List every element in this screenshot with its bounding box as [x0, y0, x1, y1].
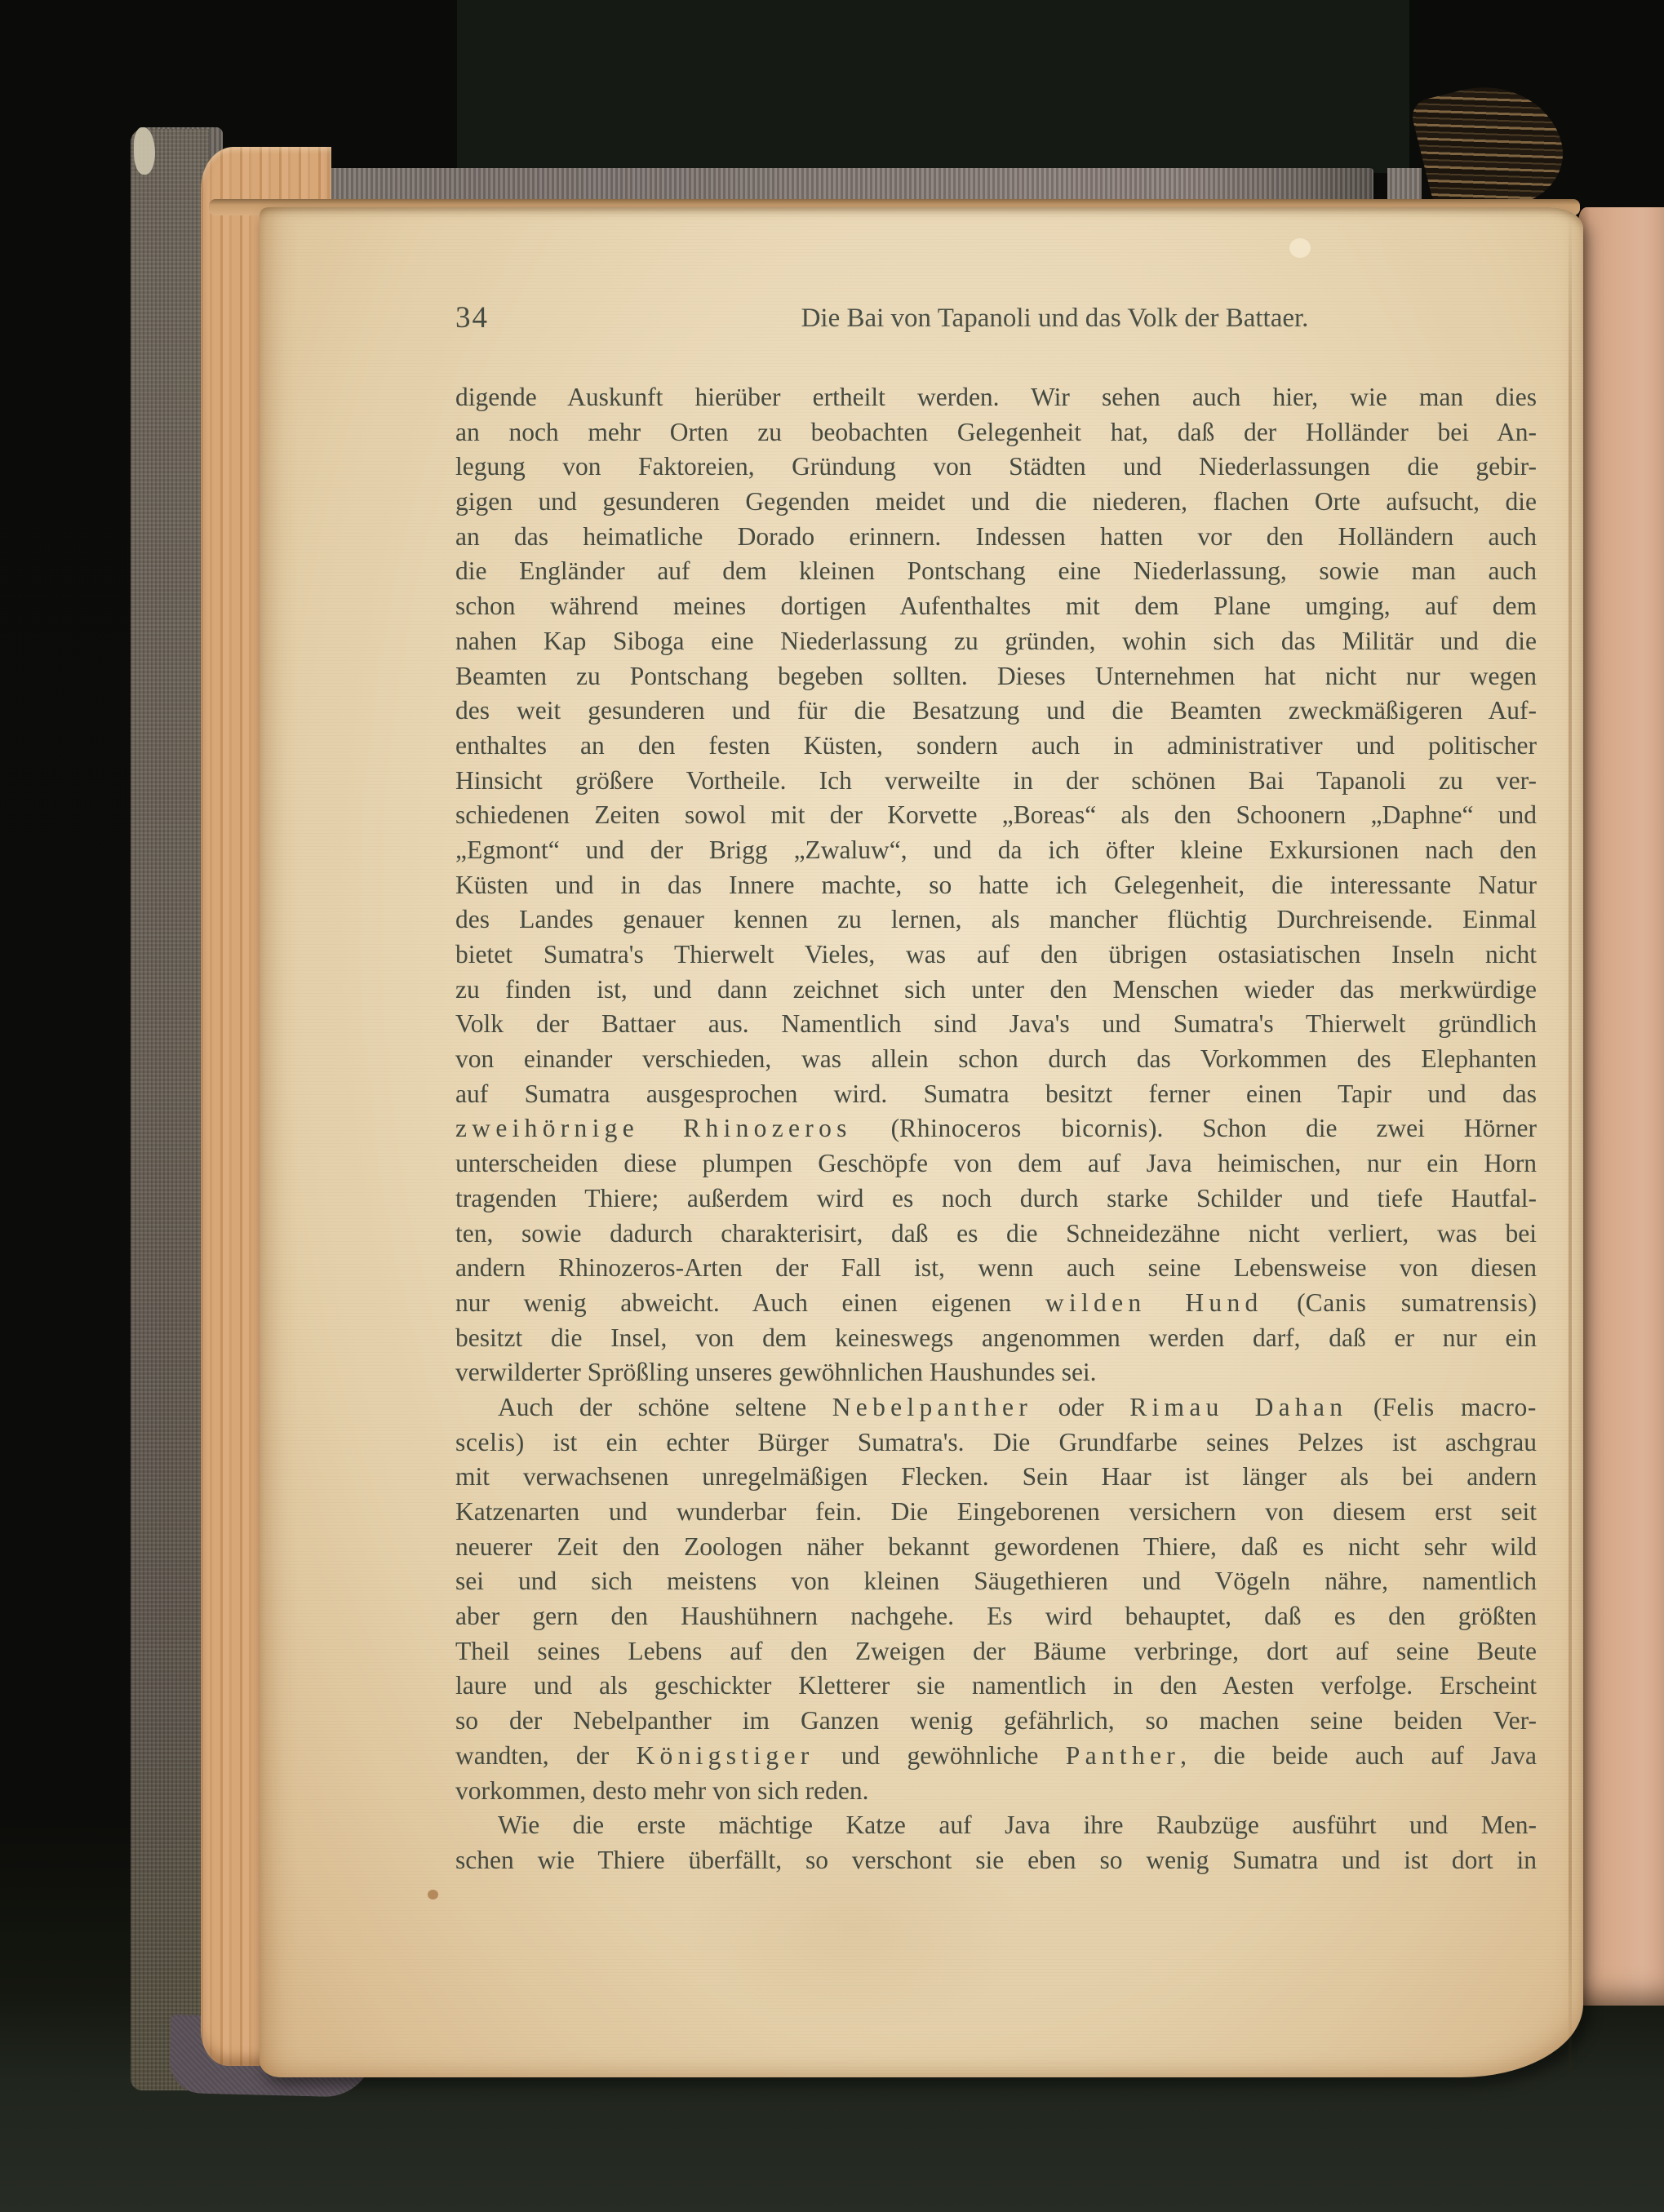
text-line: bietet Sumatra's Thierwelt Vieles, was a…: [455, 938, 1537, 973]
text-line: nahen Kap Siboga eine Niederlassung zu g…: [455, 624, 1537, 659]
text-line: zu finden ist, und dann zeichnet sich un…: [455, 973, 1537, 1008]
book-page: 34 Die Bai von Tapanoli und das Volk der…: [260, 207, 1583, 2077]
raised-cover-board: [457, 0, 1416, 173]
text-line: Theil seines Lebens auf den Zweigen der …: [455, 1634, 1537, 1669]
text-line: verwilderter Sprößling unseres gewöhnlic…: [455, 1355, 1537, 1390]
text-line: scelis) ist ein echter Bürger Sumatra's.…: [455, 1425, 1537, 1461]
text-line: an noch mehr Orten zu beobachten Gelegen…: [455, 415, 1537, 450]
text-line: Küsten und in das Innere machte, so hatt…: [455, 868, 1537, 903]
text-line: andern Rhinozeros-Arten der Fall ist, we…: [455, 1251, 1537, 1286]
paper-stain: [428, 1890, 438, 1899]
text-line: tragenden Thiere; außerdem wird es noch …: [455, 1181, 1537, 1217]
text-line: schen wie Thiere überfällt, so verschont…: [455, 1843, 1537, 1878]
running-title: Die Bai von Tapanoli und das Volk der Ba…: [801, 304, 1309, 334]
text-line: schiedenen Zeiten sowol mit der Korvette…: [455, 798, 1537, 833]
photo-backdrop: 34 Die Bai von Tapanoli und das Volk der…: [0, 0, 1664, 2212]
page-number: 34: [455, 300, 489, 335]
text-line: Katzenarten und wunderbar fein. Die Eing…: [455, 1495, 1537, 1530]
text-line: die Engländer auf dem kleinen Pontschang…: [455, 554, 1537, 589]
text-line: „Egmont“ und der Brigg „Zwaluw“, und da …: [455, 833, 1537, 868]
text-line: des Landes genauer kennen zu lernen, als…: [455, 902, 1537, 938]
text-line: so der Nebelpanther im Ganzen wenig gefä…: [455, 1704, 1537, 1739]
body-text: digende Auskunft hierüber ertheilt werde…: [455, 380, 1537, 1878]
text-line: an das heimatliche Dorado erinnern. Inde…: [455, 520, 1537, 555]
page-crease: [1569, 207, 1572, 2077]
under-page-right-edge: [1578, 207, 1664, 2006]
text-line: besitzt die Insel, von dem keineswegs an…: [455, 1321, 1537, 1356]
text-line: digende Auskunft hierüber ertheilt werde…: [455, 380, 1537, 415]
text-line: Beamten zu Pontschang begeben sollten. D…: [455, 659, 1537, 694]
text-line: Volk der Battaer aus. Namentlich sind Ja…: [455, 1007, 1537, 1042]
text-line: unterscheiden diese plumpen Geschöpfe vo…: [455, 1146, 1537, 1181]
text-line: Auch der schöne seltene Nebelpanther ode…: [455, 1390, 1537, 1425]
text-line: Wie die erste mächtige Katze auf Java ih…: [455, 1808, 1537, 1843]
book-cover-left-edge: [131, 129, 209, 2090]
text-line: mit verwachsenen unregelmäßigen Flecken.…: [455, 1460, 1537, 1495]
text-line: wandten, der Königstiger und gewöhnliche…: [455, 1739, 1537, 1774]
text-line: ten, sowie dadurch charakterisirt, daß e…: [455, 1217, 1537, 1252]
text-line: sei und sich meistens von kleinen Säuget…: [455, 1564, 1537, 1599]
text-line: vorkommen, desto mehr von sich reden.: [455, 1774, 1537, 1809]
paper-stain: [1289, 238, 1311, 258]
text-line: legung von Faktoreien, Gründung von Städ…: [455, 450, 1537, 485]
text-line: neuerer Zeit den Zoologen näher bekannt …: [455, 1530, 1537, 1565]
text-line: gigen und gesunderen Gegenden meidet und…: [455, 485, 1537, 520]
text-line: enthaltes an den festen Küsten, sondern …: [455, 729, 1537, 764]
text-line: laure und als geschickter Kletterer sie …: [455, 1669, 1537, 1704]
text-line: schon während meines dortigen Aufenthalt…: [455, 589, 1537, 624]
text-line: Hinsicht größere Vortheile. Ich verweilt…: [455, 764, 1537, 799]
text-line: des weit gesunderen und für die Besatzun…: [455, 694, 1537, 729]
text-line: aber gern den Haushühnern nachgehe. Es w…: [455, 1599, 1537, 1634]
text-line: von einander verschieden, was allein sch…: [455, 1042, 1537, 1077]
text-line: auf Sumatra ausgesprochen wird. Sumatra …: [455, 1077, 1537, 1112]
text-line: nur wenig abweicht. Auch einen eigenen w…: [455, 1286, 1537, 1321]
text-line: zweihörnige Rhinozeros (Rhinoceros bicor…: [455, 1111, 1537, 1146]
page-header: 34 Die Bai von Tapanoli und das Volk der…: [455, 295, 1537, 339]
